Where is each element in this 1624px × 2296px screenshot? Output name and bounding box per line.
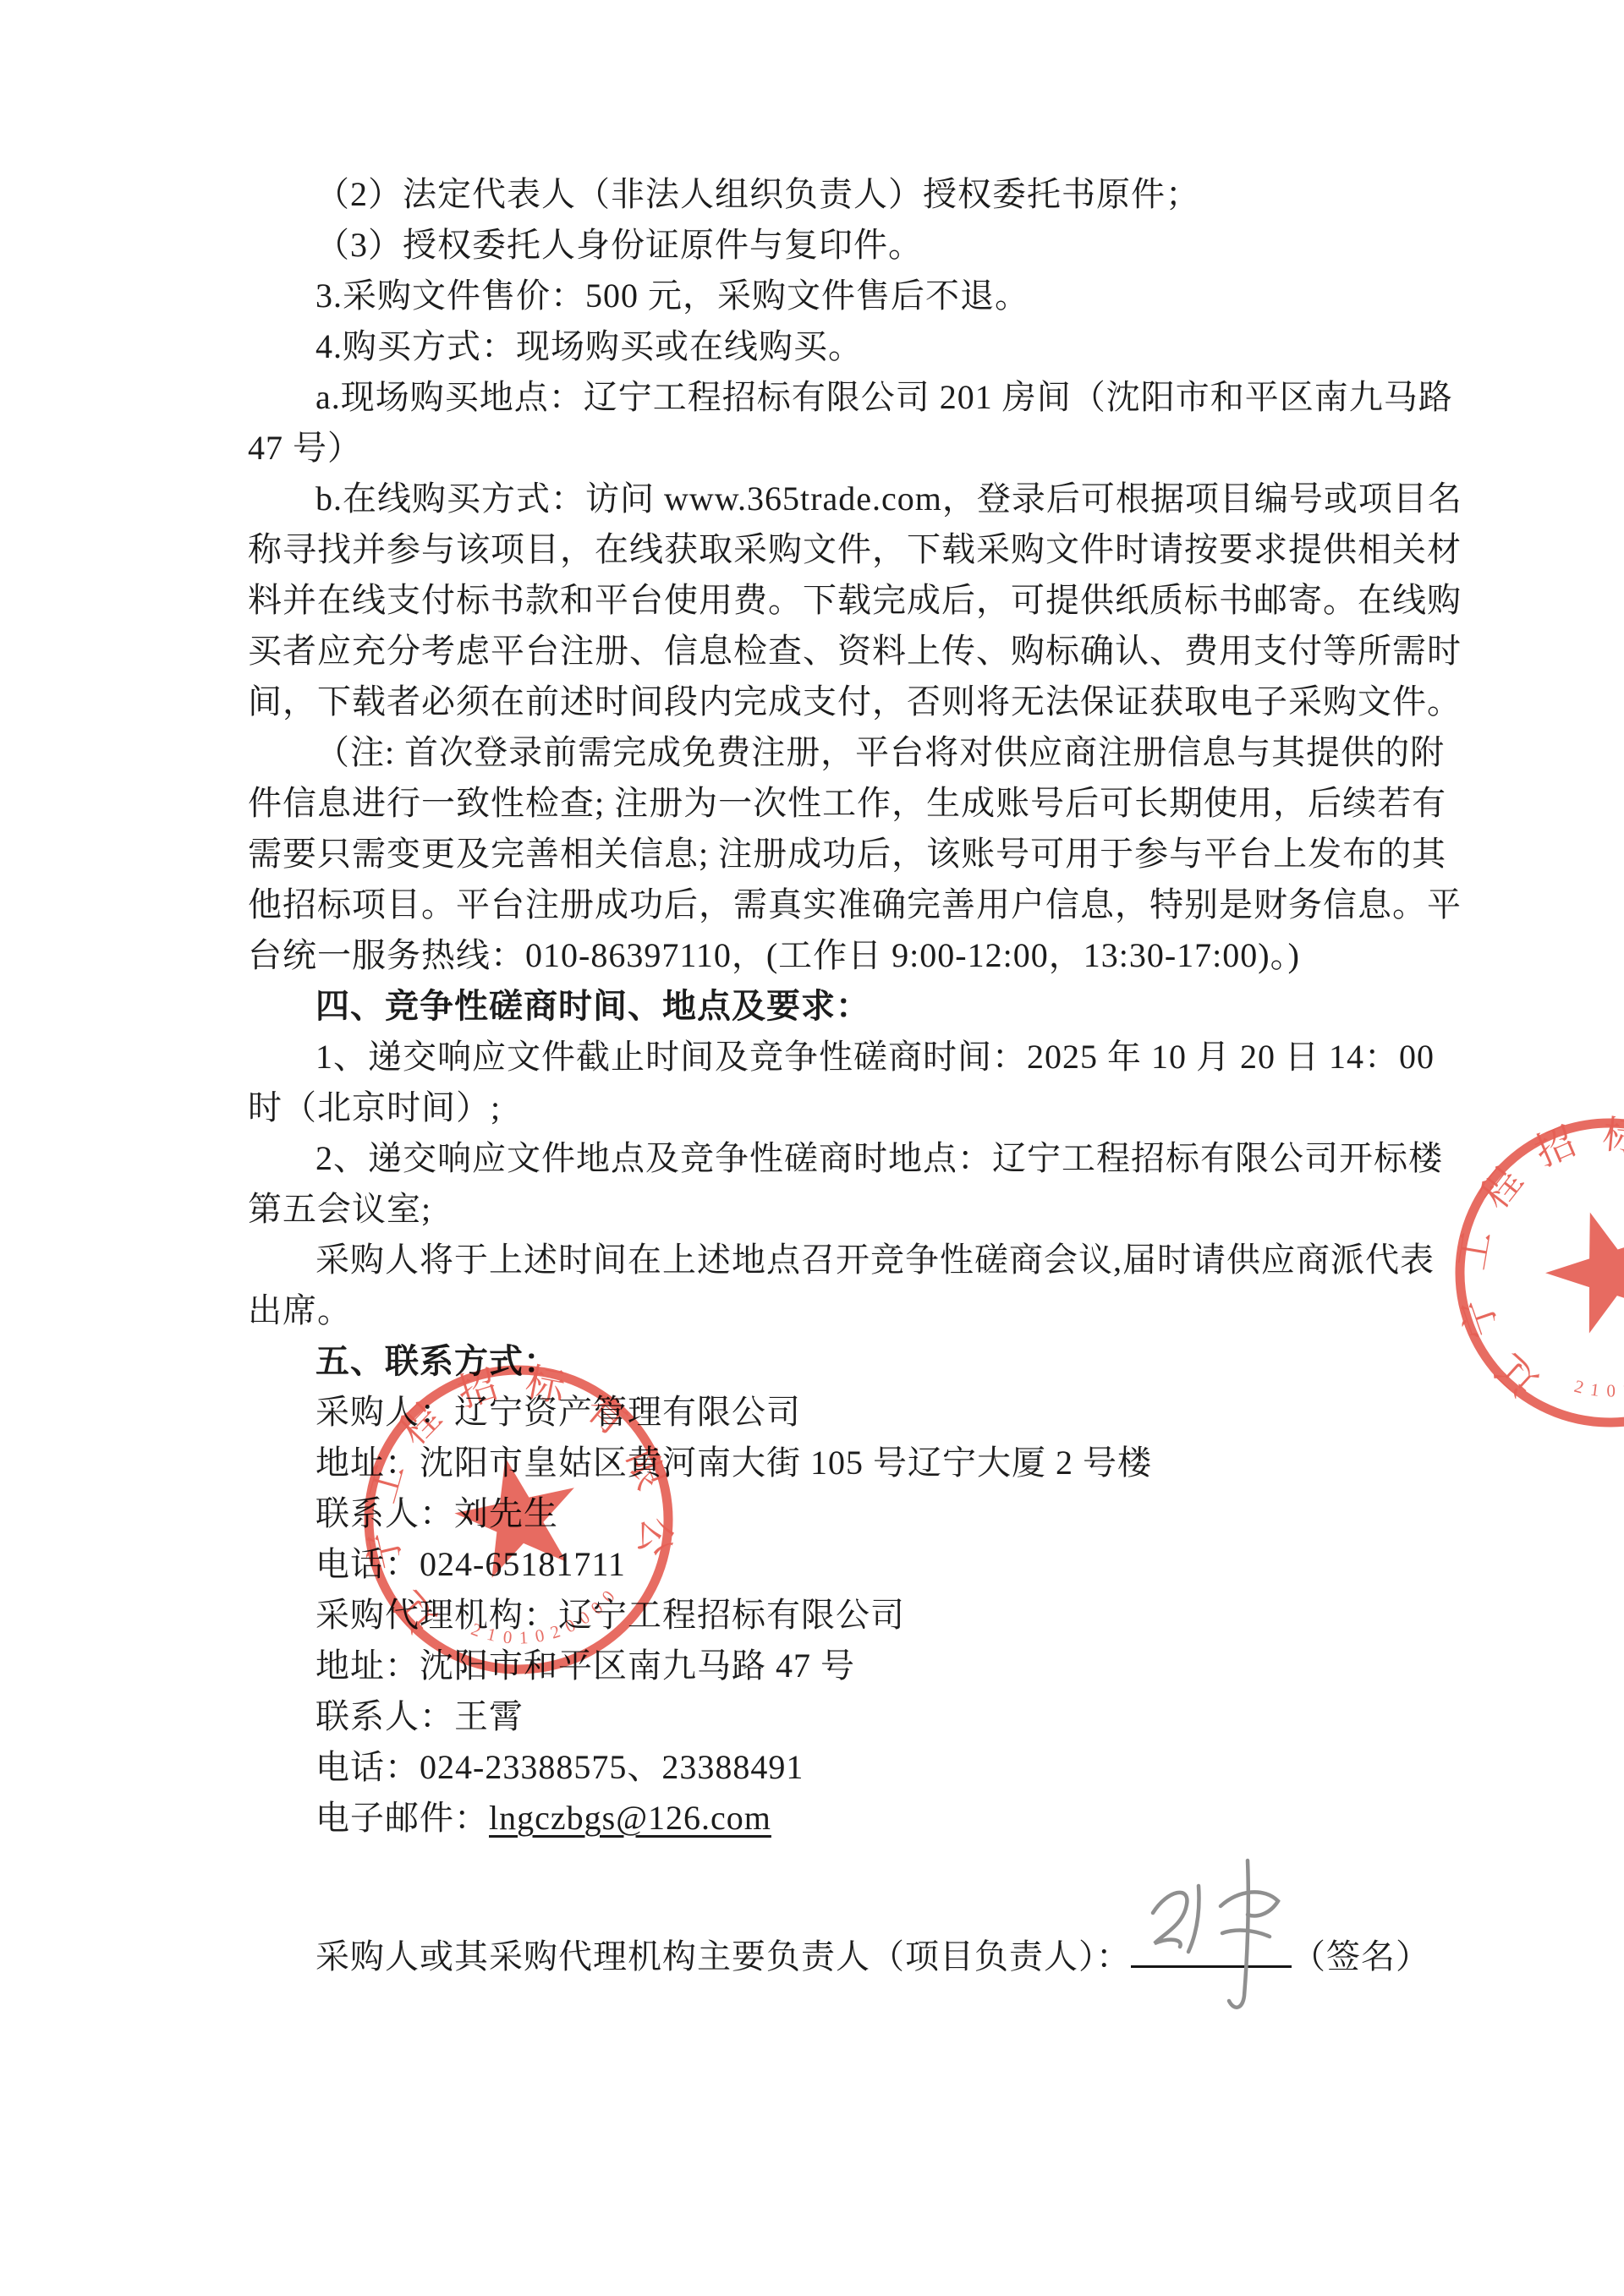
text-line: 四、竞争性磋商时间、地点及要求：	[248, 981, 1483, 1032]
text-line: （3）授权委托人身份证原件与复印件。	[248, 220, 1483, 271]
document-page: （2）法定代表人（非法人组织负责人）授权委托书原件；（3）授权委托人身份证原件与…	[0, 0, 1624, 2296]
line-text: 联系人：王霄	[315, 1697, 524, 1735]
text-line: 台统一服务热线：010-86397110，(工作日 9:00-12:00，13:…	[248, 930, 1483, 981]
text-line: 1、递交响应文件截止时间及竞争性磋商时间：2025 年 10 月 20 日 14…	[248, 1032, 1483, 1082]
text-line: 4.购买方式：现场购买或在线购买。	[248, 321, 1483, 372]
line-text: 联系人：刘先生	[315, 1494, 558, 1532]
line-text: 四、竞争性磋商时间、地点及要求：	[315, 987, 870, 1025]
svg-text:210102000004092: 210102000004092	[1535, 1232, 1624, 1417]
handwritten-signature	[1121, 1852, 1315, 2038]
line-text: 料并在线支付标书款和平台使用费。下载完成后，可提供纸质标书邮寄。在线购	[248, 581, 1462, 619]
text-line: 电话：024-65181711	[248, 1539, 1483, 1590]
line-text: （3）授权委托人身份证原件与复印件。	[315, 226, 923, 264]
line-text: 地址：沈阳市和平区南九马路 47 号	[315, 1647, 855, 1685]
text-line: （2）法定代表人（非法人组织负责人）授权委托书原件；	[248, 169, 1483, 220]
text-line: 3.采购文件售价：500 元，采购文件售后不退。	[248, 271, 1483, 321]
line-text: （注: 首次登录前需完成免费注册，平台将对供应商注册信息与其提供的附	[315, 733, 1445, 771]
text-line: 时（北京时间）;	[248, 1082, 1483, 1133]
text-line: 第五会议室;	[248, 1184, 1483, 1235]
line-text: 五、联系方式：	[315, 1342, 558, 1380]
line-text: 电话：024-23388575、23388491	[315, 1748, 804, 1786]
text-line: 他招标项目。平台注册成功后，需真实准确完善用户信息，特别是财务信息。平	[248, 879, 1483, 930]
line-text: a.现场购买地点：辽宁工程招标有限公司 201 房间（沈阳市和平区南九马路	[315, 378, 1453, 416]
line-text: 出席。	[248, 1291, 352, 1329]
text-line: 联系人：王霄	[248, 1691, 1483, 1742]
signature-line: 采购人或其采购代理机构主要负责人（项目负责人）： （签名）	[248, 1930, 1517, 1982]
text-line: 料并在线支付标书款和平台使用费。下载完成后，可提供纸质标书邮寄。在线购	[248, 575, 1483, 626]
line-text: 47 号）	[248, 429, 362, 467]
line-text: 需要只需变更及完善相关信息; 注册成功后，该账号可用于参与平台上发布的其	[248, 835, 1446, 873]
text-line: 电话：024-23388575、23388491	[248, 1742, 1483, 1793]
line-text: 4.购买方式：现场购买或在线购买。	[315, 327, 863, 365]
text-line: （注: 首次登录前需完成免费注册，平台将对供应商注册信息与其提供的附	[248, 727, 1483, 778]
line-text: 时（北京时间）;	[248, 1088, 501, 1126]
line-text: 2、递交响应文件地点及竞争性磋商时地点：辽宁工程招标有限公司开标楼	[315, 1139, 1443, 1177]
text-line: 买者应充分考虑平台注册、信息检查、资料上传、购标确认、费用支付等所需时	[248, 626, 1483, 677]
line-text: 件信息进行一致性检查; 注册为一次性工作，生成账号后可长期使用，后续若有	[248, 784, 1446, 822]
document-body: （2）法定代表人（非法人组织负责人）授权委托书原件；（3）授权委托人身份证原件与…	[248, 169, 1483, 1844]
text-line: 地址：沈阳市皇姑区黄河南大街 105 号辽宁大厦 2 号楼	[248, 1438, 1483, 1488]
line-text: 他招标项目。平台注册成功后，需真实准确完善用户信息，特别是财务信息。平	[248, 885, 1462, 923]
line-text: 电话：024-65181711	[315, 1545, 626, 1583]
email-link[interactable]: lngczbgs@126.com	[489, 1799, 771, 1837]
signature-prefix: 采购人或其采购代理机构主要负责人（项目负责人）：	[315, 1937, 1131, 1975]
line-text: 称寻找并参与该项目，在线获取采购文件，下载采购文件时请按要求提供相关材	[248, 530, 1462, 568]
text-line: 件信息进行一致性检查; 注册为一次性工作，生成账号后可长期使用，后续若有	[248, 778, 1483, 829]
text-line: 2、递交响应文件地点及竞争性磋商时地点：辽宁工程招标有限公司开标楼	[248, 1133, 1483, 1184]
text-line: 称寻找并参与该项目，在线获取采购文件，下载采购文件时请按要求提供相关材	[248, 524, 1483, 575]
text-line: 出席。	[248, 1285, 1483, 1336]
text-line: 采购人将于上述时间在上述地点召开竞争性磋商会议,届时请供应商派代表	[248, 1235, 1483, 1285]
text-line: 五、联系方式：	[248, 1336, 1483, 1387]
text-line: 采购代理机构：辽宁工程招标有限公司	[248, 1590, 1483, 1641]
line-text: 电子邮件：	[315, 1799, 489, 1837]
signature-underline	[1131, 1930, 1292, 1968]
text-line: 地址：沈阳市和平区南九马路 47 号	[248, 1641, 1483, 1691]
line-text: 台统一服务热线：010-86397110，(工作日 9:00-12:00，13:…	[248, 936, 1300, 974]
line-text: （2）法定代表人（非法人组织负责人）授权委托书原件；	[315, 175, 1200, 213]
text-line: a.现场购买地点：辽宁工程招标有限公司 201 房间（沈阳市和平区南九马路	[248, 372, 1483, 423]
line-text: 买者应充分考虑平台注册、信息检查、资料上传、购标确认、费用支付等所需时	[248, 632, 1462, 670]
line-text: 地址：沈阳市皇姑区黄河南大街 105 号辽宁大厦 2 号楼	[315, 1444, 1152, 1482]
text-line: 电子邮件：lngczbgs@126.com	[248, 1793, 1483, 1844]
line-text: 采购代理机构：辽宁工程招标有限公司	[315, 1596, 905, 1634]
line-text: 间，下载者必须在前述时间段内完成支付，否则将无法保证获取电子采购文件。	[248, 682, 1462, 721]
line-text: 1、递交响应文件截止时间及竞争性磋商时间：2025 年 10 月 20 日 14…	[315, 1038, 1435, 1076]
text-line: 47 号）	[248, 423, 1483, 474]
text-line: 间，下载者必须在前述时间段内完成支付，否则将无法保证获取电子采购文件。	[248, 677, 1483, 727]
text-line: 需要只需变更及完善相关信息; 注册成功后，该账号可用于参与平台上发布的其	[248, 829, 1483, 879]
line-text: 第五会议室;	[248, 1190, 431, 1228]
line-text: 采购人将于上述时间在上述地点召开竞争性磋商会议,届时请供应商派代表	[315, 1241, 1435, 1279]
text-line: 联系人：刘先生	[248, 1488, 1483, 1539]
seal-star-icon	[1532, 1193, 1624, 1340]
line-text: 采购人：辽宁资产管理有限公司	[315, 1393, 801, 1431]
text-line: 采购人：辽宁资产管理有限公司	[248, 1387, 1483, 1438]
line-text: b.在线购买方式：访问 www.365trade.com，登录后可根据项目编号或…	[315, 479, 1462, 518]
text-line: b.在线购买方式：访问 www.365trade.com，登录后可根据项目编号或…	[248, 474, 1483, 524]
line-text: 3.采购文件售价：500 元，采购文件售后不退。	[315, 277, 1029, 315]
